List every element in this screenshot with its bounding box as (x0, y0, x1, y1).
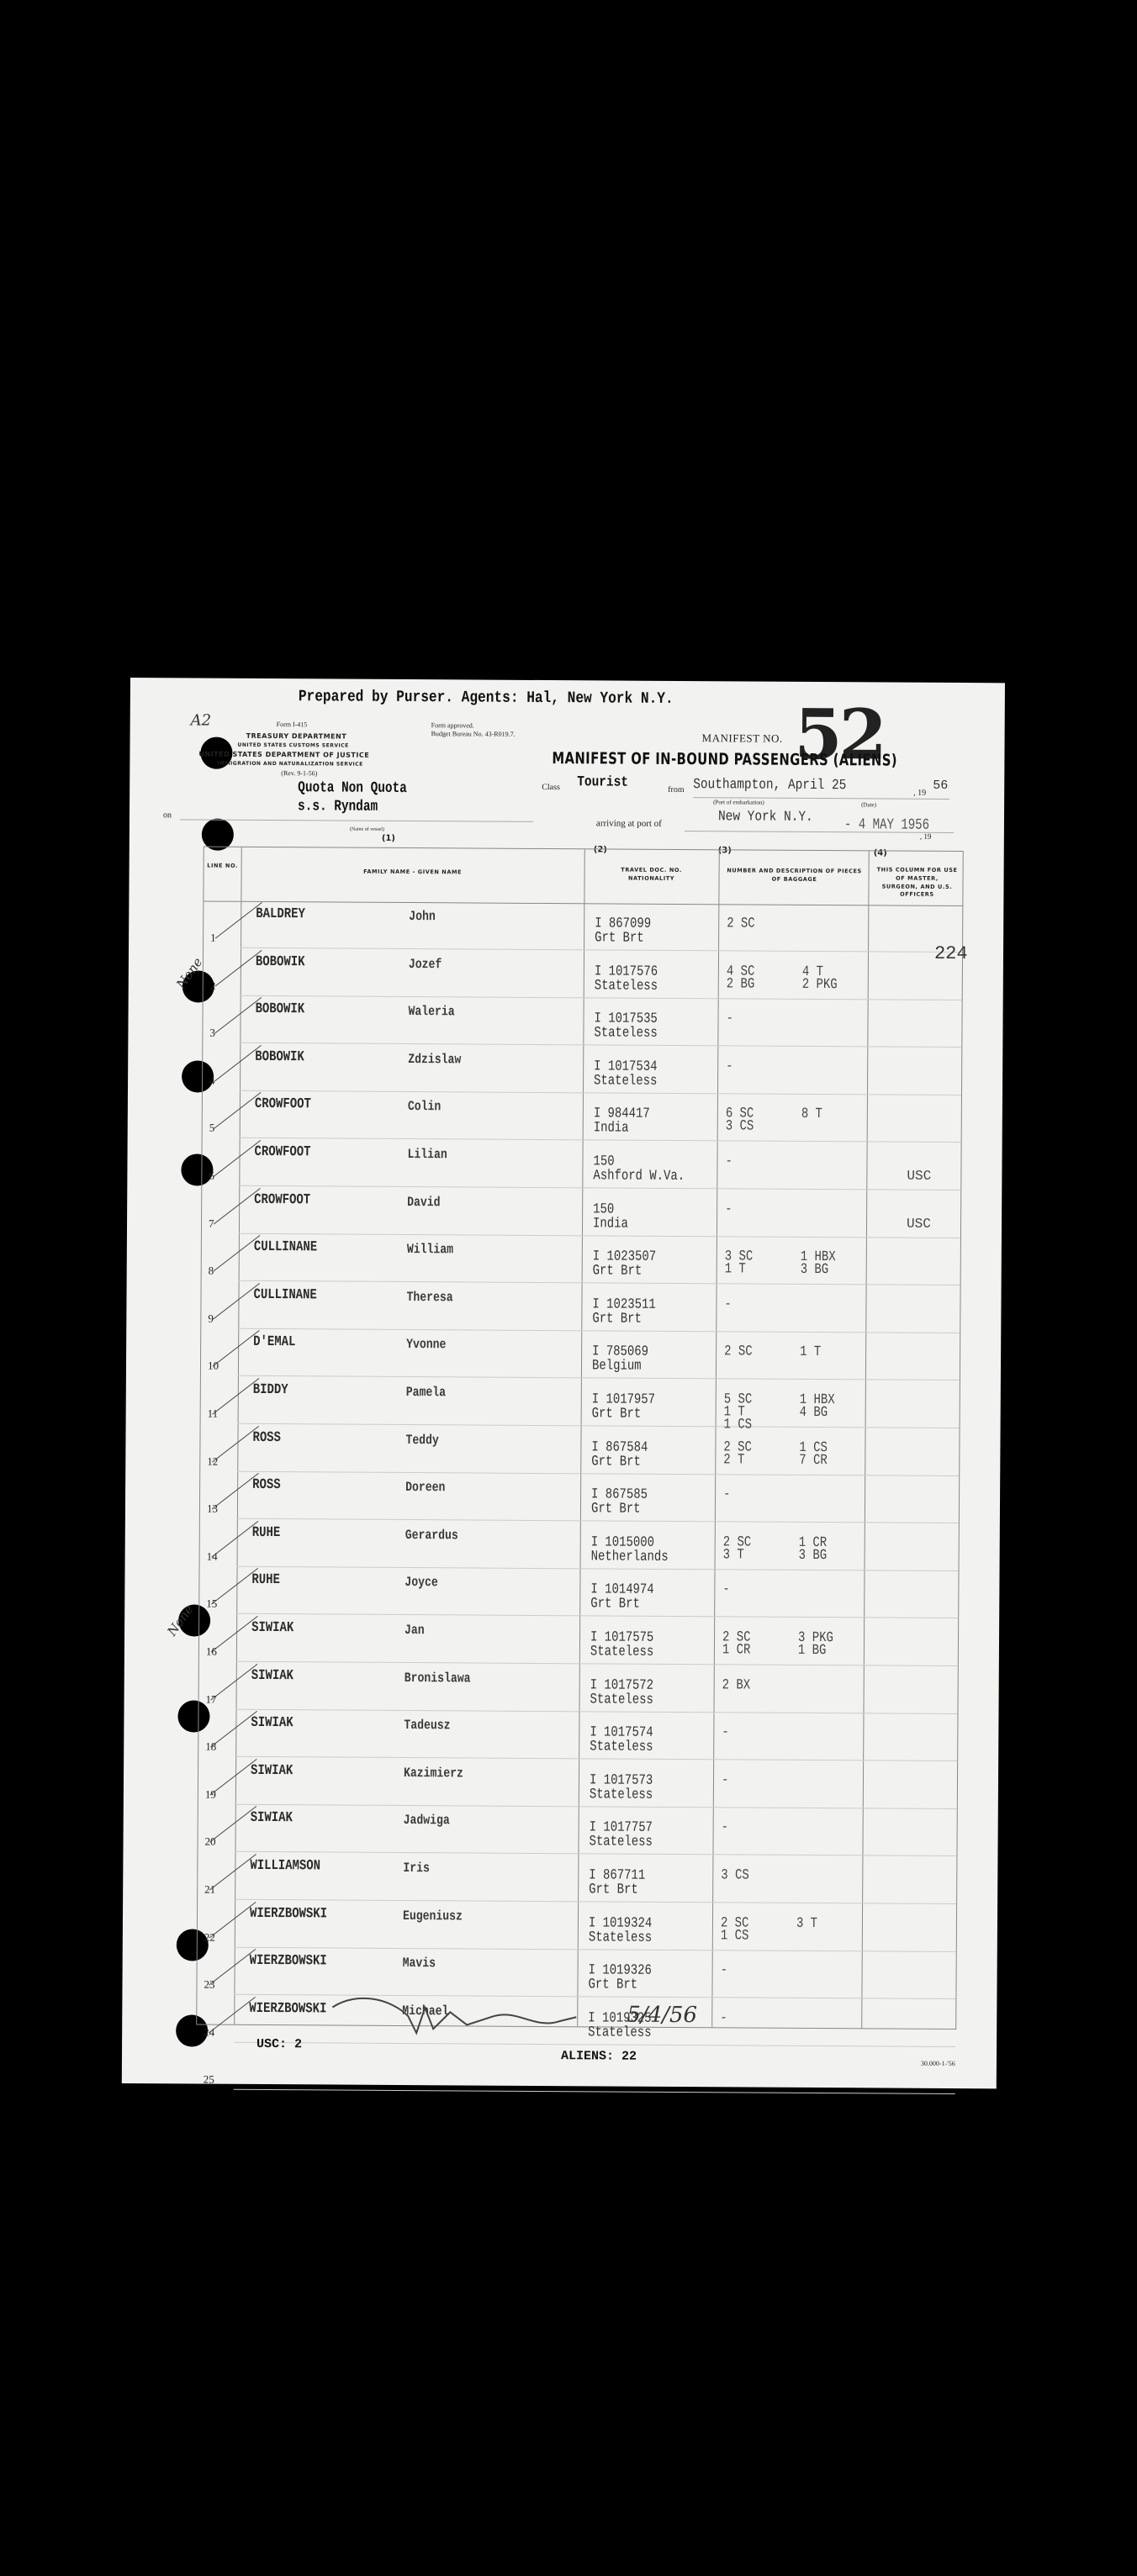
manifest-page: Prepared by Purser. Agents: Hal, New Yor… (122, 678, 1005, 2088)
department-of-justice: UNITED STATES DEPARTMENT OF JUSTICE (198, 750, 369, 758)
given-name: William (407, 1242, 453, 1257)
arriving-port: New York N.Y. (718, 809, 813, 826)
vessel-caption: (Name of vessel) (350, 827, 384, 832)
baggage-item: - (723, 1489, 730, 1502)
column-number-1: (1) (382, 834, 395, 843)
family-name: CULLINANE (253, 1287, 316, 1303)
nationality: Ashford W.Va. (593, 1169, 685, 1184)
baggage-cell-a: 3 CS (721, 1869, 749, 1882)
baggage-cell-a: 2 SC (724, 1346, 753, 1359)
given-name: Jan (405, 1623, 425, 1638)
class-label: Class (542, 783, 560, 792)
table-row: 9CULLINANETheresaI 1023511Grt Brt- (201, 1281, 960, 1333)
baggage-item: - (722, 1727, 728, 1739)
family-name: CROWFOOT (254, 1144, 310, 1160)
baggage-item: 1 T (800, 1346, 821, 1359)
baggage-cell-b: 1 HBX3 BG (801, 1251, 836, 1276)
date-caption: (Date) (861, 801, 876, 808)
baggage-cell-b: 1 CR3 BG (799, 1537, 828, 1562)
officer-note: USC (907, 1216, 931, 1231)
baggage-cell-a: 2 SC2 T (723, 1441, 752, 1466)
given-name: Pamela (406, 1385, 446, 1400)
vessel-name: s.s. Ryndam (298, 798, 378, 816)
baggage-cell-b: 3 PKG1 BG (798, 1632, 833, 1657)
form-approved: Form approved. (431, 721, 474, 729)
given-name: Kazimierz (404, 1766, 463, 1781)
travel-doc-number: I 1017573 (590, 1773, 653, 1787)
nationality: India (593, 1217, 628, 1231)
travel-doc-cell: I 1017575Stateless (590, 1630, 654, 1659)
ins-service: IMMIGRATION AND NATURALIZATION SERVICE (217, 761, 362, 768)
travel-doc-number: I 867585 (591, 1488, 648, 1502)
baggage-item: - (726, 1013, 732, 1026)
travel-doc-cell: I 1017572Stateless (590, 1678, 654, 1707)
travel-doc-number: I 1017574 (590, 1726, 653, 1740)
travel-doc-cell: I 1017574Stateless (590, 1726, 653, 1755)
margin-note-top: A2 (191, 711, 212, 729)
travel-doc-number: I 1017575 (590, 1630, 653, 1644)
table-row: 5CROWFOOTColinI 984417India6 SC3 CS8 T (203, 1091, 961, 1143)
family-name: SIWIAK (251, 1715, 293, 1731)
header-baggage: NUMBER AND DESCRIPTION OF PIECES OF BAGG… (726, 867, 864, 884)
nationality: Grt Brt (592, 1312, 655, 1326)
family-name: SIWIAK (251, 1763, 293, 1779)
baggage-cell-a: 2 SC (727, 917, 755, 930)
travel-doc-cell: I 1019326Grt Brt (588, 1964, 652, 1993)
table-row: 17SIWIAKBronislawaI 1017572Stateless2 BX (199, 1662, 958, 1714)
baggage-cell-b: 1 CS7 CR (799, 1441, 828, 1466)
family-name: CULLINANE (254, 1239, 317, 1255)
family-name: CROWFOOT (254, 1192, 310, 1208)
travel-doc-number: I 1017957 (592, 1392, 655, 1407)
travel-doc-number: I 984417 (594, 1107, 650, 1122)
page-reference-number: 224 (934, 943, 968, 964)
nationality: Grt Brt (595, 931, 651, 945)
travel-doc-number: I 1023507 (593, 1250, 656, 1264)
nationality: Grt Brt (590, 1597, 653, 1612)
travel-doc-number: I 1023511 (592, 1297, 655, 1312)
family-name: RUHE (252, 1525, 281, 1541)
nationality: Stateless (594, 1027, 657, 1041)
baggage-cell-a: - (725, 1155, 732, 1168)
nationality: Grt Brt (588, 1978, 651, 1993)
table-row: 18SIWIAKTadeuszI 1017574Stateless- (198, 1710, 957, 1762)
nationality: Belgium (592, 1359, 648, 1374)
baggage-cell-a: - (726, 1013, 732, 1026)
baggage-item: 8 T (801, 1108, 822, 1121)
baggage-cell-a: 2 SC3 T (723, 1536, 752, 1561)
table-row: 20SIWIAKJadwigaI 1017757Stateless- (198, 1805, 956, 1857)
travel-doc-number: 150 (593, 1154, 685, 1169)
given-name: Gerardus (405, 1528, 458, 1543)
family-name: WILLIAMSON (250, 1858, 320, 1875)
travel-doc-cell: I 1017576Stateless (595, 964, 658, 993)
nationality: Stateless (589, 1835, 652, 1850)
given-name: Jozef (409, 957, 442, 972)
prepared-by-line: Prepared by Purser. Agents: Hal, New Yor… (299, 687, 674, 708)
baggage-item: - (720, 2012, 727, 2024)
nationality: Stateless (595, 979, 658, 993)
travel-doc-cell: I 1019324Stateless (589, 1916, 653, 1945)
travel-doc-number: I 1014974 (590, 1583, 653, 1597)
baggage-item: - (721, 1965, 727, 1977)
travel-doc-number: I 867584 (591, 1440, 648, 1454)
family-name: SIWIAK (251, 1620, 294, 1636)
travel-doc-cell: I 1017957Grt Brt (592, 1392, 656, 1421)
family-name: BIDDY (253, 1382, 288, 1398)
table-row: 4BOBOWIKZdzislawI 1017534Stateless- (203, 1043, 961, 1095)
port-caption: (Port of embarkation) (713, 799, 764, 805)
nationality: Stateless (590, 1644, 653, 1659)
nationality: Grt Brt (589, 1882, 645, 1897)
baggage-item: - (724, 1298, 731, 1311)
baggage-item: - (722, 1774, 728, 1787)
header-name: FAMILY NAME - GIVEN NAME (241, 868, 584, 878)
travel-doc-cell: I 1023507Grt Brt (593, 1250, 657, 1279)
baggage-item: 1 BG (798, 1644, 833, 1657)
family-name: SIWIAK (251, 1810, 293, 1826)
given-name: Doreen (405, 1480, 445, 1495)
family-name: BALDREY (256, 906, 305, 922)
given-name: Iris (403, 1861, 430, 1876)
travel-doc-cell: I 785069Belgium (592, 1345, 648, 1374)
table-row: 8CULLINANEWilliamI 1023507Grt Brt3 SC1 T… (202, 1234, 960, 1286)
given-name: David (407, 1195, 440, 1210)
travel-doc-cell: I 1017534Stateless (594, 1059, 658, 1088)
baggage-item: 3 T (723, 1549, 752, 1561)
baggage-item: - (725, 1203, 732, 1216)
travel-doc-cell: I 1015000Netherlands (591, 1535, 669, 1565)
manifest-title: MANIFEST OF IN-BOUND PASSENGERS (ALIENS) (552, 749, 897, 770)
line-number: 25 (204, 2073, 214, 2087)
baggage-item: 2 SC (727, 917, 755, 930)
travel-doc-cell: I 1017573Stateless (590, 1773, 653, 1802)
baggage-cell-b: 4 T2 PKG (802, 965, 838, 990)
table-row: 2BOBOWIKJozefI 1017576Stateless4 SC2 BG4… (204, 948, 962, 1000)
baggage-item: 1 CR (722, 1644, 751, 1656)
travel-doc-number: 150 (593, 1202, 628, 1217)
baggage-item: 7 CR (799, 1454, 828, 1466)
from-label: from (668, 785, 685, 794)
nationality: Stateless (594, 1074, 657, 1088)
on-label: on (163, 810, 172, 820)
nationality: Stateless (590, 1787, 653, 1802)
header-officers: THIS COLUMN FOR USE OF MASTER, SURGEON, … (876, 866, 957, 900)
signature-scrawl (324, 1990, 643, 2042)
form-number: Form I-415 (277, 721, 308, 728)
travel-doc-cell: 150Ashford W.Va. (593, 1154, 685, 1184)
travel-doc-number: I 1017535 (594, 1012, 657, 1027)
travel-doc-number: I 1017572 (590, 1678, 653, 1692)
travel-doc-cell: I 1017757Stateless (589, 1821, 653, 1850)
travel-doc-number: I 1017576 (595, 964, 658, 979)
baggage-item: - (722, 1822, 728, 1834)
passenger-table: LINE NO. FAMILY NAME - GIVEN NAME TRAVEL… (196, 847, 964, 2030)
nationality: Stateless (589, 1930, 652, 1945)
baggage-cell-a: - (726, 1060, 732, 1073)
given-name: Yvonne (406, 1337, 446, 1352)
given-name: Tadeusz (404, 1718, 450, 1733)
baggage-cell-a: 2 BX (722, 1679, 751, 1692)
travel-doc-cell: I 1014974Grt Brt (590, 1583, 654, 1612)
baggage-item: 2 T (723, 1454, 752, 1466)
table-row: 14RUHEGerardusI 1015000Netherlands2 SC3 … (200, 1519, 959, 1571)
baggage-item: 3 CS (726, 1121, 754, 1133)
family-name: WIERZBOWSKI (249, 2001, 326, 2018)
travel-doc-number: I 867711 (589, 1868, 645, 1882)
baggage-cell-a: - (722, 1727, 728, 1739)
baggage-item: 3 T (796, 1917, 817, 1929)
table-row: 3BOBOWIKWaleriaI 1017535Stateless- (203, 996, 961, 1048)
nationality: Grt Brt (592, 1407, 655, 1421)
baggage-item: 3 BG (801, 1264, 836, 1276)
budget-bureau: Budget Bureau No. 43-R019.7. (431, 730, 516, 738)
baggage-cell-a: 2 SC1 CR (722, 1631, 751, 1656)
travel-doc-number: I 1019324 (589, 1916, 652, 1930)
table-row: 15RUHEJoyceI 1014974Grt Brt- (199, 1567, 958, 1619)
travel-doc-cell: I 984417India (594, 1107, 650, 1136)
table-row: 11BIDDYPamelaI 1017957Grt Brt5 SC1 T1 CS… (201, 1377, 960, 1429)
table-row: 7CROWFOOTDavid150India-USC (202, 1186, 960, 1238)
table-row: 6CROWFOOTLilian150Ashford W.Va.-USC (202, 1139, 960, 1191)
table-row: 10D'EMALYvonneI 785069Belgium2 SC1 T (201, 1329, 960, 1381)
baggage-cell-a: - (720, 2012, 727, 2024)
manifest-no-label: MANIFEST NO. (702, 731, 783, 746)
treasury-department: TREASURY DEPARTMENT (246, 732, 347, 741)
baggage-item: 2 BX (722, 1679, 751, 1692)
given-name: Eugeniusz (403, 1908, 463, 1924)
baggage-cell-b: 1 HBX4 BG (800, 1394, 835, 1419)
baggage-cell-a: - (722, 1584, 729, 1597)
family-name: SIWIAK (251, 1667, 294, 1683)
travel-doc-cell: I 867711Grt Brt (589, 1868, 645, 1897)
footer-usc-count: USC: 2 (256, 2037, 302, 2051)
nationality: Grt Brt (593, 1264, 656, 1279)
baggage-item: - (725, 1155, 732, 1168)
baggage-item: 2 PKG (802, 978, 838, 990)
family-name: WIERZBOWSKI (250, 1905, 327, 1922)
baggage-item: 2 BG (727, 978, 755, 990)
year-prefix: , 19 (913, 789, 926, 798)
given-name: Lilian (407, 1147, 447, 1162)
baggage-cell-b: 8 T (801, 1108, 822, 1121)
travel-doc-cell: I 867585Grt Brt (591, 1488, 648, 1517)
baggage-cell-a: 2 SC1 CS (721, 1917, 749, 1942)
port-of-embarkation: Southampton, April 25 (693, 777, 846, 794)
table-row: 22WIERZBOWSKIEugeniuszI 1019324Stateless… (198, 1900, 956, 1952)
baggage-cell-a: - (723, 1489, 730, 1502)
baggage-cell-a: - (722, 1822, 728, 1834)
customs-service: UNITED STATES CUSTOMS SERVICE (237, 742, 348, 749)
header-line-no: LINE NO. (206, 863, 240, 871)
given-name: Waleria (409, 1004, 455, 1019)
given-name: John (409, 909, 436, 924)
given-name: Bronislawa (405, 1671, 471, 1686)
given-name: Theresa (406, 1290, 452, 1305)
baggage-cell-b: 3 T (796, 1917, 817, 1929)
baggage-cell-a: - (725, 1203, 732, 1216)
nationality: Stateless (590, 1692, 653, 1707)
quota-type: Quota Non Quota (298, 779, 407, 797)
baggage-cell-a: - (721, 1965, 727, 1977)
baggage-cell-a: 5 SC1 T1 CS (724, 1393, 753, 1431)
given-name: Mavis (403, 1956, 436, 1971)
given-name: Zdzislaw (408, 1052, 461, 1067)
year-suffix: 56 (933, 779, 948, 793)
given-name: Colin (408, 1099, 441, 1114)
form-rev: (Rev. 9-1-56) (281, 769, 317, 777)
travel-doc-cell: I 867584Grt Brt (591, 1440, 648, 1469)
table-row: 1BALDREYJohnI 867099Grt Brt2 SC (204, 901, 962, 953)
baggage-item: 3 CS (721, 1869, 749, 1882)
baggage-cell-a: - (724, 1298, 731, 1311)
family-name: BOBOWIK (256, 954, 305, 970)
travel-doc-number: I 1019326 (589, 1964, 652, 1978)
table-row: 16SIWIAKJanI 1017575Stateless2 SC1 CR3 P… (199, 1615, 958, 1667)
arriving-label: arriving at port of (596, 818, 662, 828)
family-name: D'EMAL (253, 1334, 295, 1350)
footer-aliens-count: ALIENS: 22 (561, 2049, 637, 2064)
header-travel-doc: TRAVEL DOC. NO. NATIONALITY (600, 866, 704, 883)
baggage-cell-a: - (722, 1774, 728, 1787)
baggage-item: 4 BG (800, 1407, 835, 1419)
baggage-item: - (722, 1584, 729, 1597)
baggage-item: 3 BG (799, 1549, 828, 1562)
table-row: 19SIWIAKKazimierzI 1017573Stateless- (198, 1757, 957, 1809)
family-name: BOBOWIK (256, 1001, 305, 1017)
family-name: RUHE (251, 1572, 280, 1588)
family-name: BOBOWIK (255, 1049, 304, 1065)
baggage-cell-b: 1 T (800, 1346, 821, 1359)
table-row: 21WILLIAMSONIrisI 867711Grt Brt3 CS (198, 1853, 956, 1905)
travel-doc-cell: I 1023511Grt Brt (592, 1297, 656, 1326)
nationality: Stateless (590, 1740, 653, 1755)
family-name: ROSS (252, 1477, 281, 1493)
travel-doc-cell: I 867099Grt Brt (595, 916, 651, 945)
family-name: WIERZBOWSKI (250, 1953, 327, 1970)
given-name: Jadwiga (404, 1813, 450, 1828)
baggage-item: 2 SC (724, 1346, 753, 1359)
nationality: Grt Brt (591, 1454, 648, 1469)
table-row: 12ROSSTeddyI 867584Grt Brt2 SC2 T1 CS7 C… (200, 1424, 959, 1476)
travel-doc-number: I 1015000 (591, 1535, 669, 1550)
family-name: CROWFOOT (255, 1096, 311, 1112)
baggage-item: - (726, 1060, 732, 1073)
nationality: India (594, 1122, 650, 1136)
nationality: Grt Brt (591, 1502, 648, 1517)
baggage-item: 1 CS (721, 1929, 749, 1942)
baggage-item: 1 T (725, 1264, 754, 1276)
travel-doc-number: I 785069 (592, 1345, 648, 1359)
table-row: 13ROSSDoreenI 867585Grt Brt- (200, 1472, 959, 1524)
travel-doc-cell: I 1017535Stateless (594, 1012, 658, 1041)
given-name: Teddy (405, 1433, 438, 1448)
baggage-cell-a: 4 SC2 BG (727, 965, 755, 990)
class-value: Tourist (577, 774, 628, 790)
travel-doc-number: I 867099 (595, 916, 651, 931)
nationality: Netherlands (591, 1549, 669, 1565)
travel-doc-cell: 150India (593, 1202, 628, 1231)
baggage-cell-a: 3 SC1 T (725, 1251, 754, 1276)
baggage-cell-a: 6 SC3 CS (726, 1108, 754, 1133)
travel-doc-number: I 1017757 (590, 1821, 653, 1835)
travel-doc-number: I 1017534 (594, 1059, 657, 1074)
officer-note: USC (907, 1169, 931, 1184)
footer-form-code: 30.000-1-'56 (921, 2060, 955, 2067)
given-name: Joyce (405, 1575, 437, 1590)
arrival-year-prefix: , 19 (920, 832, 932, 841)
family-name: ROSS (252, 1429, 281, 1445)
